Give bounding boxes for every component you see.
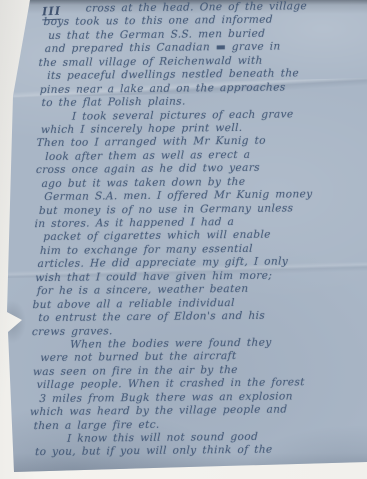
scanned-letter-page: III cross at the head. One of the villag… <box>0 0 367 479</box>
letter-body: cross at the head. One of the villageboy… <box>29 0 364 460</box>
letter-line: to you, but if you will only think of th… <box>35 443 353 460</box>
letter-paper: III cross at the head. One of the villag… <box>0 0 367 479</box>
